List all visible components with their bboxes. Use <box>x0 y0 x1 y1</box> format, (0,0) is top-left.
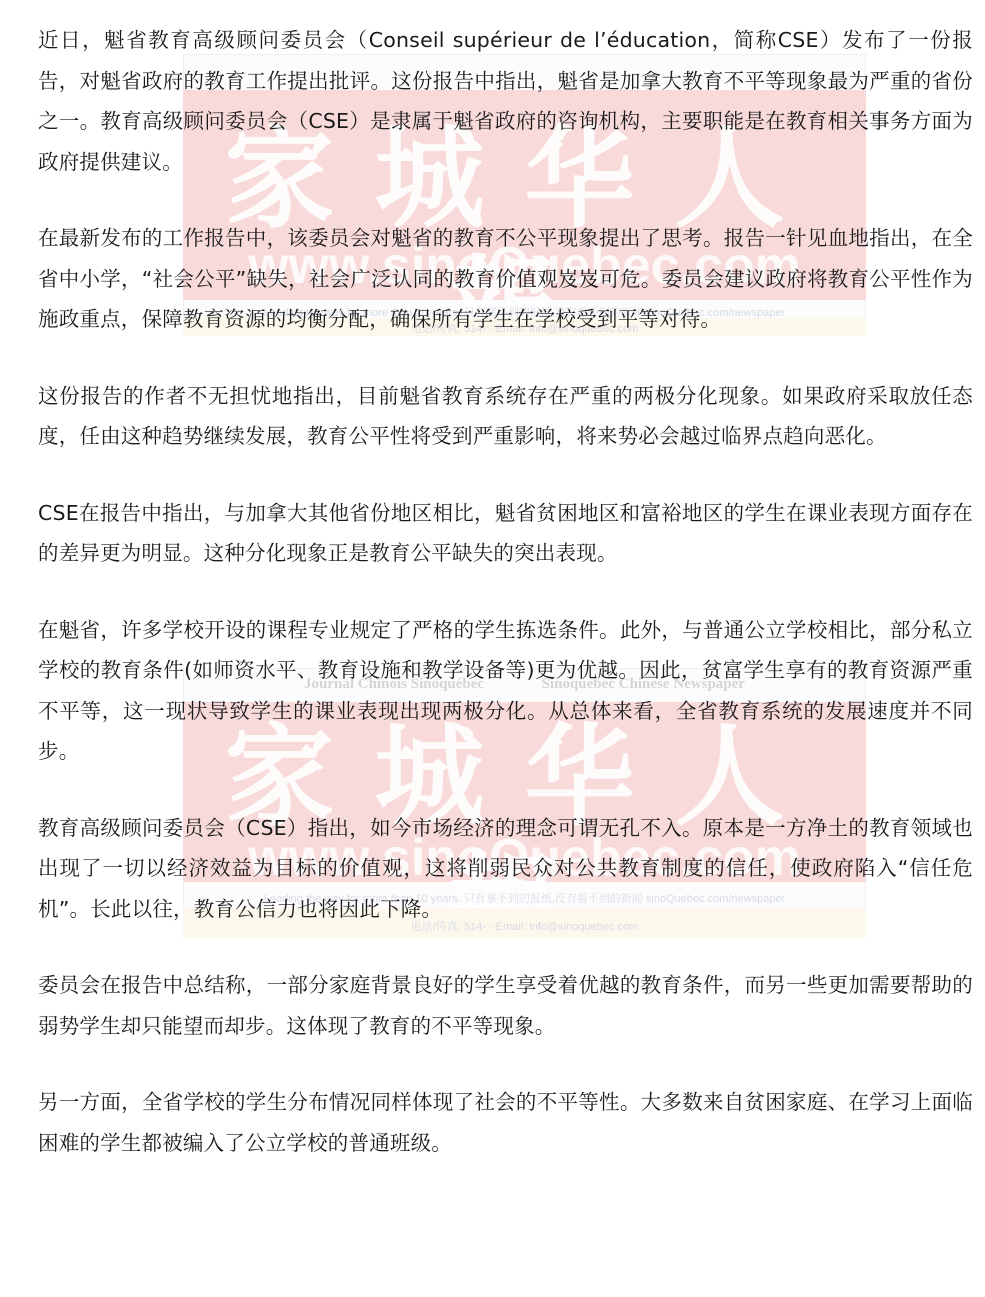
paragraph-conclusion: 委员会在报告中总结称，一部分家庭背景良好的学生享受着优越的教育条件，而另一些更加… <box>38 965 973 1046</box>
article-body: 近日，魁省教育高级顾问委员会（Conseil supérieur de l’éd… <box>38 20 973 1199</box>
paragraph-report-findings: 在最新发布的工作报告中，该委员会对魁省的教育不公平现象提出了思考。报告一针见血地… <box>38 218 973 340</box>
paragraph-regional-gap: CSE在报告中指出，与加拿大其他省份地区相比，魁省贫困地区和富裕地区的学生在课业… <box>38 493 973 574</box>
paragraph-market-values: 教育高级顾问委员会（CSE）指出，如今市场经济的理念可谓无孔不入。原本是一方净土… <box>38 808 973 930</box>
paragraph-intro: 近日，魁省教育高级顾问委员会（Conseil supérieur de l’éd… <box>38 20 973 182</box>
paragraph-student-distribution: 另一方面，全省学校的学生分布情况同样体现了社会的不平等性。大多数来自贫困家庭、在… <box>38 1082 973 1163</box>
paragraph-polarization: 这份报告的作者不无担忧地指出，目前魁省教育系统存在严重的两极分化现象。如果政府采… <box>38 376 973 457</box>
paragraph-school-selection: 在魁省，许多学校开设的课程专业规定了严格的学生拣选条件。此外，与普通公立学校相比… <box>38 610 973 772</box>
